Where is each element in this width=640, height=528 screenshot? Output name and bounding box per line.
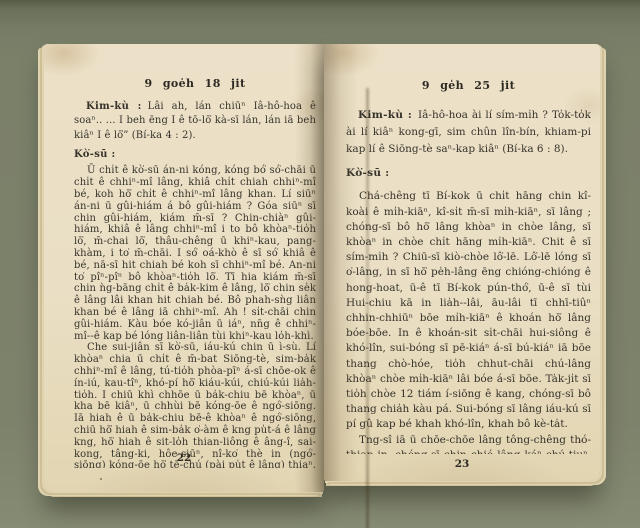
left-page-number: 22	[44, 452, 324, 464]
right-page: 9 ge̍h 25 jit Kim-kù :Iâ-hô-hoa ài lí sí…	[324, 44, 600, 481]
book-photo-scene: 9 goe̍h 18 jit Kim-kù :Lâi ah, lán chiūⁿ…	[0, 0, 640, 528]
left-kimku-label: Kim-kù :	[86, 101, 142, 112]
left-page-content: 9 goe̍h 18 jit Kim-kù :Lâi ah, lán chiūⁿ…	[74, 78, 316, 468]
right-page-content: 9 ge̍h 25 jit Kim-kù :Iâ-hô-hoa ài lí sí…	[346, 78, 591, 454]
right-kimku-paragraph: Kim-kù :Iâ-hô-hoa ài lí sím-mi̍h ? To̍k-…	[346, 107, 591, 158]
left-story-paragraph-2: Che sui-jiân sī kò͘-sū, iáu-kú chin ū ì-…	[74, 342, 316, 468]
right-kosu-heading: Kò͘-sū :	[346, 166, 591, 181]
right-kimku-label: Kim-kù :	[358, 109, 412, 121]
right-story-paragraph-2: Tng-sî iā ū chōe-chōe lâng tông-chêng th…	[346, 433, 591, 454]
right-page-date-header: 9 ge̍h 25 jit	[346, 78, 591, 93]
left-story-paragraph-1: Ū chi̍t ê kò͘-sū án-ni kóng, kóng bó͘ só…	[74, 165, 316, 342]
left-kimku-paragraph: Kim-kù :Lâi ah, lán chiūⁿ Iâ-hô-hoa ê so…	[74, 100, 316, 144]
left-kosu-heading: Kò͘-sū :	[74, 149, 316, 161]
left-page-date-header: 9 goe̍h 18 jit	[74, 78, 316, 90]
left-page: 9 goe̍h 18 jit Kim-kù :Lâi ah, lán chiūⁿ…	[44, 44, 324, 492]
right-story-paragraph-1: Chá-chêng tī Bí-kok ū chi̍t hāng chin kî…	[346, 189, 591, 432]
open-book: 9 goe̍h 18 jit Kim-kù :Lâi ah, lán chiūⁿ…	[44, 44, 600, 504]
right-page-number: 23	[324, 458, 600, 470]
